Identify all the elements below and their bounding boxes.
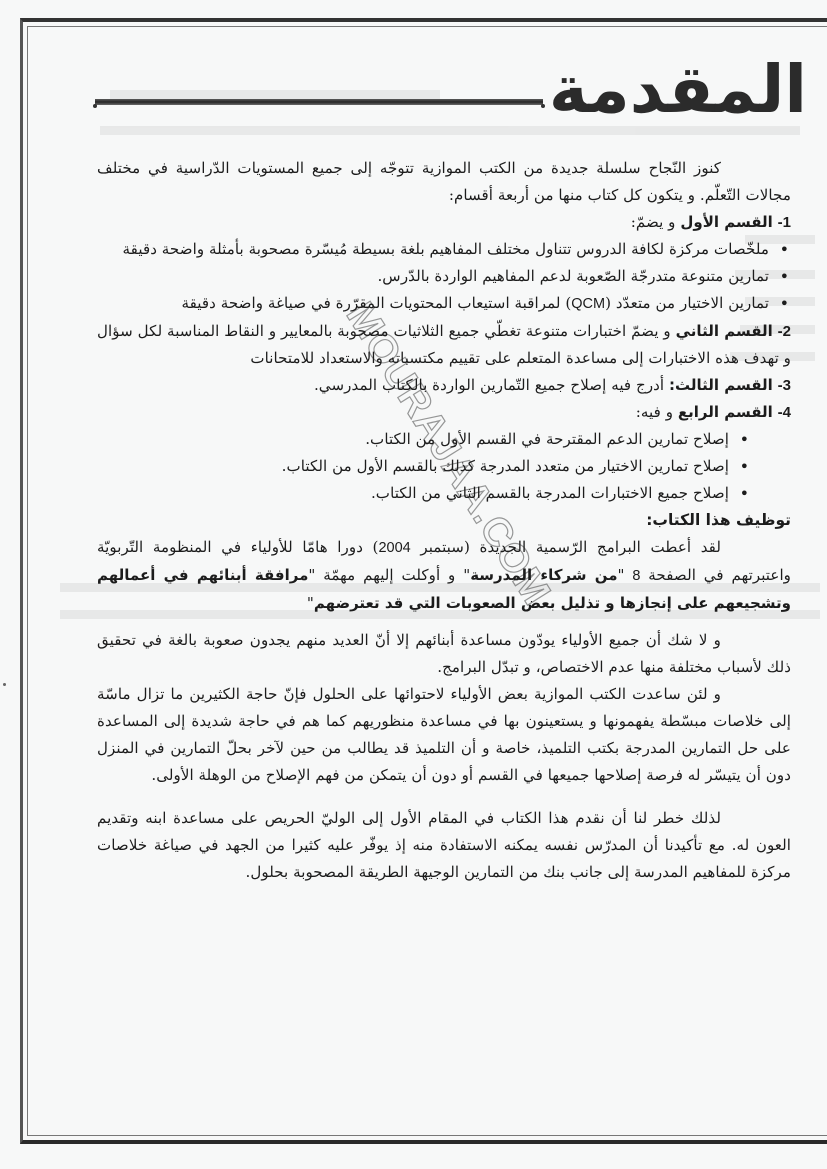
spacer	[97, 789, 791, 805]
usage-paragraph-3: و لئن ساعدت الكتب الموازية بعض الأولياء …	[97, 681, 791, 789]
usage-heading: توظيف هذا الكتاب:	[97, 507, 791, 534]
list-item: إصلاح تمارين الدعم المقترحة في القسم الأ…	[97, 426, 791, 453]
section-number: 2-	[778, 323, 791, 340]
section-label: القسم الثاني	[676, 322, 773, 340]
text: "	[618, 566, 633, 584]
section-number: 4-	[778, 404, 791, 421]
page-title: المقدمة	[549, 57, 807, 123]
section-number: 1-	[778, 214, 791, 231]
qcm-text-after: ) لمراقبة استيعاب المحتويات المقرّرة في …	[181, 294, 571, 312]
section-label: القسم الرابع	[678, 403, 773, 421]
section-rest: و فيه:	[636, 403, 678, 421]
list-item: إصلاح تمارين الاختيار من متعدد المدرجة ك…	[97, 453, 791, 480]
usage-paragraph-2: و لا شك أن جميع الأولياء يودّون مساعدة أ…	[97, 627, 791, 681]
scan-edge-mark	[3, 683, 6, 686]
section-4-bullets: إصلاح تمارين الدعم المقترحة في القسم الأ…	[97, 426, 791, 507]
section-1-heading: 1- القسم الأول و يضمّ:	[97, 209, 791, 236]
list-item: تمارين الاختيار من متعدّد (QCM) لمراقبة …	[97, 290, 791, 318]
spacer	[97, 617, 791, 627]
qcm-text-before: تمارين الاختيار من متعدّد (	[605, 294, 769, 312]
qcm-abbrev: QCM	[571, 296, 605, 312]
section-number: 3-	[778, 377, 791, 394]
section-2-paragraph: 2- القسم الثاني و يضمّ اختبارات متنوعة ت…	[97, 318, 791, 372]
section-label: القسم الأول	[680, 213, 772, 231]
usage-paragraph-4: لذلك خطر لنا أن نقدم هذا الكتاب في المقا…	[97, 805, 791, 886]
section-rest: و يضمّ:	[631, 213, 681, 231]
section-label: القسم الثالث:	[669, 376, 773, 394]
list-item: ملخّصات مركزة لكافة الدروس تتناول مختلف …	[97, 236, 791, 263]
section-3-paragraph: 3- القسم الثالث: أدرج فيه إصلاح جميع الت…	[97, 372, 791, 399]
bold-quote: من شركاء المدرسة	[470, 566, 617, 584]
usage-paragraph-1: لقد أعطت البرامج الرّسمية الجديدة (سبتمب…	[97, 534, 791, 617]
title-row: المقدمة	[95, 50, 807, 130]
title-decorative-rule	[95, 99, 543, 105]
text: لقد أعطت البرامج الرّسمية الجديدة (سبتمب…	[411, 538, 721, 556]
text: " و أوكلت إليهم مهمّة "	[308, 566, 470, 584]
section-4-heading: 4- القسم الرابع و فيه:	[97, 399, 791, 426]
document-body: كنوز النّجاح سلسلة جديدة من الكتب المواز…	[97, 155, 791, 886]
intro-line-1: كنوز النّجاح سلسلة جديدة من الكتب المواز…	[237, 159, 721, 177]
section-1-bullets: ملخّصات مركزة لكافة الدروس تتناول مختلف …	[97, 236, 791, 318]
year: 2004	[378, 540, 410, 556]
list-item: تمارين متنوعة متدرجّة الصّعوبة لدعم المف…	[97, 263, 791, 290]
section-rest: أدرج فيه إصلاح جميع التّمارين الواردة با…	[314, 376, 669, 394]
list-item: إصلاح جميع الاختبارات المدرجة بالقسم الث…	[97, 480, 791, 507]
text: "	[307, 594, 314, 612]
intro-paragraph: كنوز النّجاح سلسلة جديدة من الكتب المواز…	[97, 155, 791, 209]
